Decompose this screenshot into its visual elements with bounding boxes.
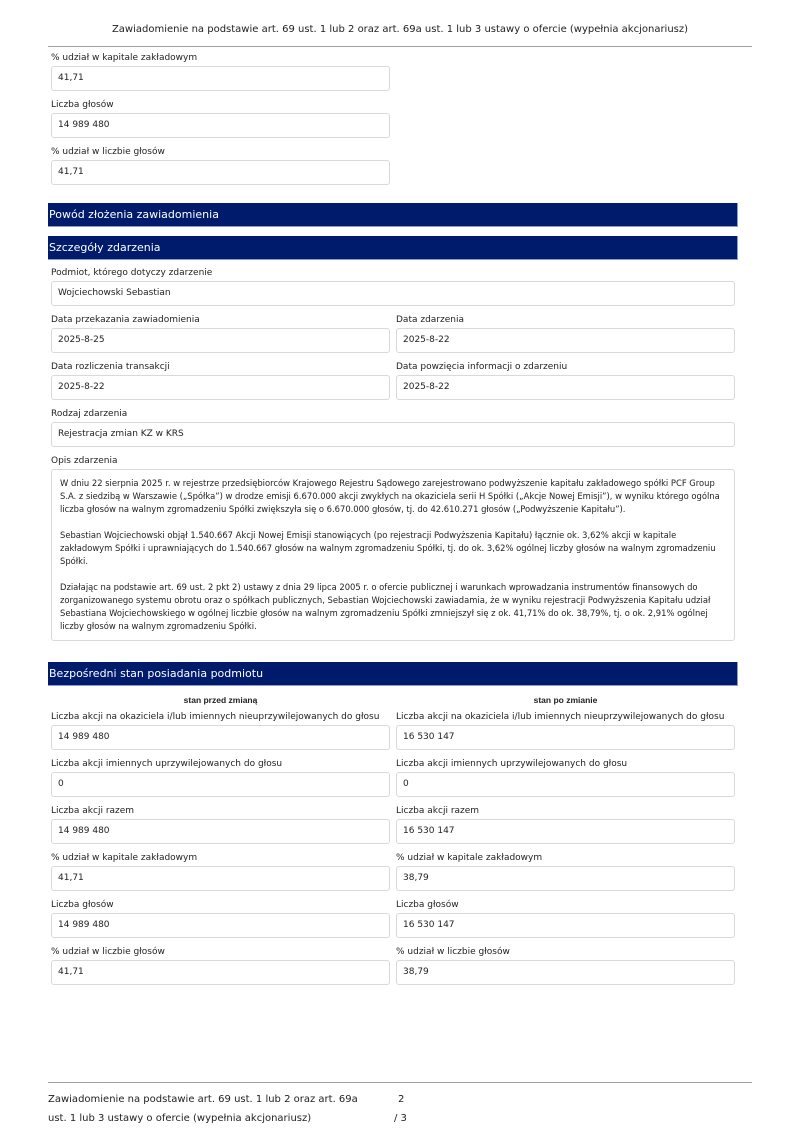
field-label: Liczba akcji na okaziciela i/lub imienny… xyxy=(393,709,738,725)
field-notice-date: Data przekazania zawiadomienia 2025-8-25 xyxy=(48,312,393,353)
field-subject: Podmiot, którego dotyczy zdarzenie Wojci… xyxy=(48,265,738,306)
before-ordinary-shares-input[interactable]: 14 989 480 xyxy=(51,725,390,750)
holding-after-column: stan po zmianie Liczba akcji na okazicie… xyxy=(393,691,738,991)
event-date-input[interactable]: 2025-8-22 xyxy=(396,328,735,353)
field-label: % udział w kapitale zakładowym xyxy=(48,850,393,866)
footer-line-1: Zawiadomienie na podstawie art. 69 ust. … xyxy=(48,1090,378,1109)
form-content: % udział w kapitale zakładowym 41,71 Lic… xyxy=(48,50,738,991)
field-label: Liczba akcji razem xyxy=(393,803,738,819)
field-votes: Liczba głosów 14 989 480 xyxy=(48,97,738,138)
event-description-textarea[interactable]: W dniu 22 sierpnia 2025 r. w rejestrze p… xyxy=(51,469,735,641)
field-event-type: Rodzaj zdarzenia Rejestracja zmian KZ w … xyxy=(48,406,738,447)
field-label: Data rozliczenia transakcji xyxy=(48,359,393,375)
description-paragraph: W dniu 22 sierpnia 2025 r. w rejestrze p… xyxy=(60,477,726,516)
section-reason-banner: Powód złożenia zawiadomienia xyxy=(48,203,738,227)
field-event-date: Data zdarzenia 2025-8-22 xyxy=(393,312,738,353)
settlement-date-input[interactable]: 2025-8-22 xyxy=(51,375,390,400)
field-label: Data zdarzenia xyxy=(393,312,738,328)
section-event-details-banner: Szczegóły zdarzenia xyxy=(48,236,738,260)
field-label: Rodzaj zdarzenia xyxy=(48,406,738,422)
before-preferred-shares-input[interactable]: 0 xyxy=(51,772,390,797)
holding-columns: stan przed zmianą Liczba akcji na okazic… xyxy=(48,691,738,991)
votes-input[interactable]: 14 989 480 xyxy=(51,113,390,138)
after-votes-input[interactable]: 16 530 147 xyxy=(396,913,735,938)
after-ordinary-shares-input[interactable]: 16 530 147 xyxy=(396,725,735,750)
field-label: Data powzięcia informacji o zdarzeniu xyxy=(393,359,738,375)
after-heading: stan po zmianie xyxy=(393,691,738,709)
field-label: Liczba akcji imiennych uprzywilejowanych… xyxy=(48,756,393,772)
votes-share-input[interactable]: 41,71 xyxy=(51,160,390,185)
field-label: Podmiot, którego dotyczy zdarzenie xyxy=(48,265,738,281)
field-label: Liczba akcji razem xyxy=(48,803,393,819)
field-label: Data przekazania zawiadomienia xyxy=(48,312,393,328)
before-capital-share-input[interactable]: 41,71 xyxy=(51,866,390,891)
field-label: Liczba akcji na okaziciela i/lub imienny… xyxy=(48,709,393,725)
field-capital-share: % udział w kapitale zakładowym 41,71 xyxy=(48,50,738,91)
page-header-title: Zawiadomienie na podstawie art. 69 ust. … xyxy=(48,24,752,35)
page-current: 2 xyxy=(392,1090,422,1109)
field-votes-share: % udział w liczbie głosów 41,71 xyxy=(48,144,738,185)
field-label: Liczba głosów xyxy=(393,897,738,913)
before-votes-share-input[interactable]: 41,71 xyxy=(51,960,390,985)
dates-row-1: Data przekazania zawiadomienia 2025-8-25… xyxy=(48,312,738,359)
page-total: / 3 xyxy=(392,1109,422,1128)
field-label: % udział w liczbie głosów xyxy=(393,944,738,960)
description-paragraph: Działając na podstawie art. 69 ust. 2 pk… xyxy=(60,581,726,633)
header-divider xyxy=(48,46,752,47)
event-type-input[interactable]: Rejestracja zmian KZ w KRS xyxy=(51,422,735,447)
awareness-date-input[interactable]: 2025-8-22 xyxy=(396,375,735,400)
dates-row-2: Data rozliczenia transakcji 2025-8-22 Da… xyxy=(48,359,738,406)
footer-divider xyxy=(48,1082,752,1083)
page-number: 2 / 3 xyxy=(392,1090,422,1128)
footer-line-2: ust. 1 lub 3 ustawy o ofercie (wypełnia … xyxy=(48,1109,378,1128)
footer-title: Zawiadomienie na podstawie art. 69 ust. … xyxy=(48,1090,378,1128)
before-total-shares-input[interactable]: 14 989 480 xyxy=(51,819,390,844)
field-label: Liczba głosów xyxy=(48,97,738,113)
field-label: Opis zdarzenia xyxy=(48,453,738,469)
field-label: % udział w liczbie głosów xyxy=(48,144,738,160)
after-total-shares-input[interactable]: 16 530 147 xyxy=(396,819,735,844)
subject-input[interactable]: Wojciechowski Sebastian xyxy=(51,281,735,306)
field-label: % udział w kapitale zakładowym xyxy=(393,850,738,866)
field-label: % udział w kapitale zakładowym xyxy=(48,50,738,66)
before-heading: stan przed zmianą xyxy=(48,691,393,709)
field-label: Liczba akcji imiennych uprzywilejowanych… xyxy=(393,756,738,772)
field-label: % udział w liczbie głosów xyxy=(48,944,393,960)
holding-before-column: stan przed zmianą Liczba akcji na okazic… xyxy=(48,691,393,991)
before-votes-input[interactable]: 14 989 480 xyxy=(51,913,390,938)
field-label: Liczba głosów xyxy=(48,897,393,913)
after-preferred-shares-input[interactable]: 0 xyxy=(396,772,735,797)
field-event-description: Opis zdarzenia W dniu 22 sierpnia 2025 r… xyxy=(48,453,738,641)
section-direct-holding-banner: Bezpośredni stan posiadania podmiotu xyxy=(48,662,738,686)
capital-share-input[interactable]: 41,71 xyxy=(51,66,390,91)
field-awareness-date: Data powzięcia informacji o zdarzeniu 20… xyxy=(393,359,738,400)
field-settlement-date: Data rozliczenia transakcji 2025-8-22 xyxy=(48,359,393,400)
description-paragraph: Sebastian Wojciechowski objął 1.540.667 … xyxy=(60,529,726,568)
notice-date-input[interactable]: 2025-8-25 xyxy=(51,328,390,353)
after-capital-share-input[interactable]: 38,79 xyxy=(396,866,735,891)
after-votes-share-input[interactable]: 38,79 xyxy=(396,960,735,985)
carryover-fields: % udział w kapitale zakładowym 41,71 Lic… xyxy=(48,50,738,185)
